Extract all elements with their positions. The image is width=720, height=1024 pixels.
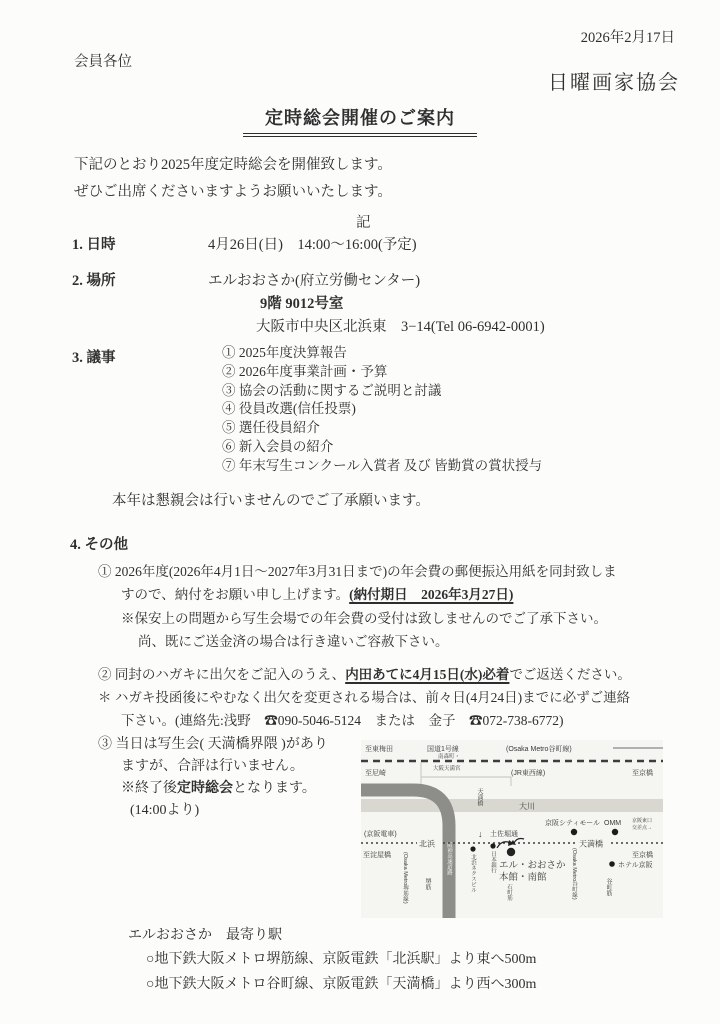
map-label-keihan-densha: (京阪電車)	[364, 829, 397, 838]
title-row: 定時総会開催のご案内	[0, 104, 720, 137]
others-2-suf: でご返送ください。	[509, 667, 631, 682]
others-2-star-2: 下さい。(連絡先:浅野 ☎090-5046-5124 または 金子 ☎072-7…	[121, 709, 563, 729]
others-1-line-2-text: すので、納付をお願い申し上げます。	[121, 587, 349, 602]
map-label-keihan-higashiguchi-2: 交差点→	[632, 824, 652, 831]
map-label-to-kyobashi-bottom: 至京橋	[632, 850, 653, 859]
map-label-hotel-keihan: ホテル京阪	[618, 860, 653, 869]
datetime-value: 4月26日(日) 14:00〜16:00(予定)	[208, 233, 417, 254]
map-dot-kitahama-nexu	[470, 846, 475, 851]
map-label-hanshin-expressway: 阪神高速道路	[446, 841, 453, 877]
others-2-line-1: ② 同封のハガキに出欠をご記入のうえ、内田あてに4月15日(水)必着でご返送くだ…	[98, 663, 631, 683]
date-line: 2026年2月17日	[581, 26, 675, 47]
others-1-note-1: ※保安上の問題から写生会場での年会費の受付は致しませんのでご了承下さい。	[121, 607, 607, 627]
agenda-list: ① 2025年度決算報告 ② 2026年度事業計画・予算 ③ 協会の活動に関する…	[222, 344, 542, 476]
others-2-pre: ② 同封のハガキに出欠をご記入のうえ、	[98, 667, 345, 682]
map-label-metro-tanimachi-right: (Osaka Metro谷町線)	[571, 848, 578, 900]
access-heading: エルおおさか 最寄り駅	[128, 924, 282, 944]
place-line-1: エルおおさか(府立労働センター)	[208, 269, 420, 290]
map-label-jr-tozai: (JR東西線)	[511, 768, 545, 777]
map-dot-omm	[612, 829, 618, 835]
map-label-nihon-ginko: 日本銀行	[490, 851, 497, 875]
map-arrow-down-icon: ↓	[478, 829, 483, 839]
map-label-metro-sakaisuji: (Osaka Metro堺筋線)	[402, 852, 409, 904]
map-label-tosabori-dori: 土佐堀通	[490, 829, 518, 838]
notice-title: 定時総会開催のご案内	[243, 104, 477, 137]
access-map: 至東梅田 国道1号線 (Osaka Metro谷町線) 南森町・ 大阪天満宮 至…	[361, 740, 663, 918]
agenda-label: 3. 議事	[72, 346, 116, 367]
place-line-2: 9階 9012号室	[260, 292, 343, 313]
map-label-sakaisuji: 堺筋	[424, 877, 431, 891]
map-label-okawa: 大川	[519, 801, 535, 811]
agenda-item: ④ 役員改選(信任投票)	[222, 400, 542, 419]
others-1-line-2: すので、納付をお願い申し上げます。(納付期日 2026年3月27日)	[121, 583, 513, 603]
map-label-kitahama-station: 北浜	[419, 839, 436, 849]
map-label-temmabashi-bridge: 天満橋	[476, 788, 483, 807]
place-label: 2. 場所	[72, 269, 116, 290]
map-label-to-kyobashi-top: 至京橋	[632, 768, 653, 777]
map-label-metro-tanimachi-top: (Osaka Metro谷町線)	[506, 744, 572, 753]
access-map-image: 至東梅田 国道1号線 (Osaka Metro谷町線) 南森町・ 大阪天満宮 至…	[361, 740, 663, 918]
ki-marker: 記	[356, 211, 371, 232]
sender-org: 日曜画家協会	[548, 66, 680, 95]
others-1-line-1: ① 2026年度(2026年4月1日〜2027年3月31日まで)の年会費の郵便振…	[98, 560, 617, 580]
agenda-item: ⑦ 年末写生コンクール入賞者 及び 皆勤賞の賞状授与	[222, 457, 542, 476]
agenda-item: ⑥ 新入会員の紹介	[222, 438, 542, 457]
others-label: 4. その他	[70, 533, 128, 554]
map-dot-nihon-ginko	[490, 843, 495, 848]
agenda-item: ⑤ 選任役員紹介	[222, 419, 542, 438]
map-label-keihan-higashiguchi-1: 京阪東口	[632, 817, 652, 824]
map-label-to-higashi-umeda: 至東梅田	[365, 744, 393, 753]
map-label-to-yodoyabashi: 至淀屋橋	[363, 850, 391, 859]
others-3-suf: となります。	[233, 781, 316, 796]
map-label-kokudo1: 国道1号線	[427, 744, 459, 753]
map-label-tanimachisuji: 谷町筋	[605, 877, 612, 897]
access-line-1: ○地下鉄大阪メトロ堺筋線、京阪電鉄「北浜駅」より東へ500m	[146, 948, 536, 968]
access-line-2: ○地下鉄大阪メトロ谷町線、京阪電鉄「天満橋」より西へ300m	[146, 973, 536, 993]
map-label-l-osaka-1: エル・おおさか	[499, 860, 566, 871]
map-dot-hotel-keihan	[609, 861, 615, 867]
reply-deadline: 内田あてに4月15日(水)必着	[345, 667, 509, 682]
map-dot-keihan-city-mall	[571, 829, 577, 835]
no-party-note: 本年は懇親会は行いませんのでご了承願います。	[112, 489, 430, 510]
map-river-okawa	[361, 799, 663, 812]
others-2-star-1: ＊ ハガキ投函後にやむなく出欠を変更される場合は、前々日(4月24日)までに必ず…	[98, 686, 630, 706]
map-label-kokumachi: 石町筋	[506, 884, 513, 902]
intro-line-2: ぜひご出席くださいますようお願いいたします。	[74, 180, 392, 201]
addressee: 会員各位	[74, 50, 132, 71]
payment-deadline: (納付期日 2026年3月27日)	[349, 587, 513, 602]
datetime-label: 1. 日時	[72, 233, 116, 254]
map-label-kitahama-nexu: 北浜ネクスビル	[470, 853, 477, 893]
general-meeting-emph: 定時総会	[177, 781, 233, 796]
others-3-line-4: (14:00より)	[130, 799, 199, 819]
map-label-l-osaka-2: 本館・南館	[499, 871, 547, 883]
others-1-note-2: 尚、既にご送金済の場合は行き違いご容赦下さい。	[138, 630, 449, 650]
others-3-pre: ※終了後	[121, 781, 177, 796]
others-3-line-3: ※終了後定時総会となります。	[121, 777, 316, 797]
map-label-minamimorimachi-2: 大阪天満宮	[433, 764, 461, 772]
others-3-line-2: ますが、合評は行いません。	[121, 755, 304, 775]
scanned-notice-page: 2026年2月17日 会員各位 日曜画家協会 定時総会開催のご案内 下記のとおり…	[0, 0, 720, 1024]
map-label-omm: OMM	[604, 820, 621, 827]
intro-line-1: 下記のとおり2025年度定時総会を開催致します。	[74, 153, 392, 174]
map-label-to-amagasaki: 至尼崎	[365, 768, 386, 777]
place-line-3: 大阪市中央区北浜東 3−14(Tel 06-6942-0001)	[256, 315, 545, 336]
agenda-item: ② 2026年度事業計画・予算	[222, 363, 542, 382]
others-3-line-1: ③ 当日は写生会( 天満橋界隈 )があり	[98, 733, 328, 753]
map-dot-l-osaka	[507, 848, 515, 856]
map-label-keihan-city-mall: 京阪シティモール	[545, 818, 600, 827]
agenda-item: ③ 協会の活動に関するご説明と討議	[222, 382, 542, 401]
map-label-temmabashi-station: 天満橋	[579, 839, 603, 849]
map-label-minamimorimachi-1: 南森町・	[438, 752, 460, 760]
agenda-item: ① 2025年度決算報告	[222, 344, 542, 363]
